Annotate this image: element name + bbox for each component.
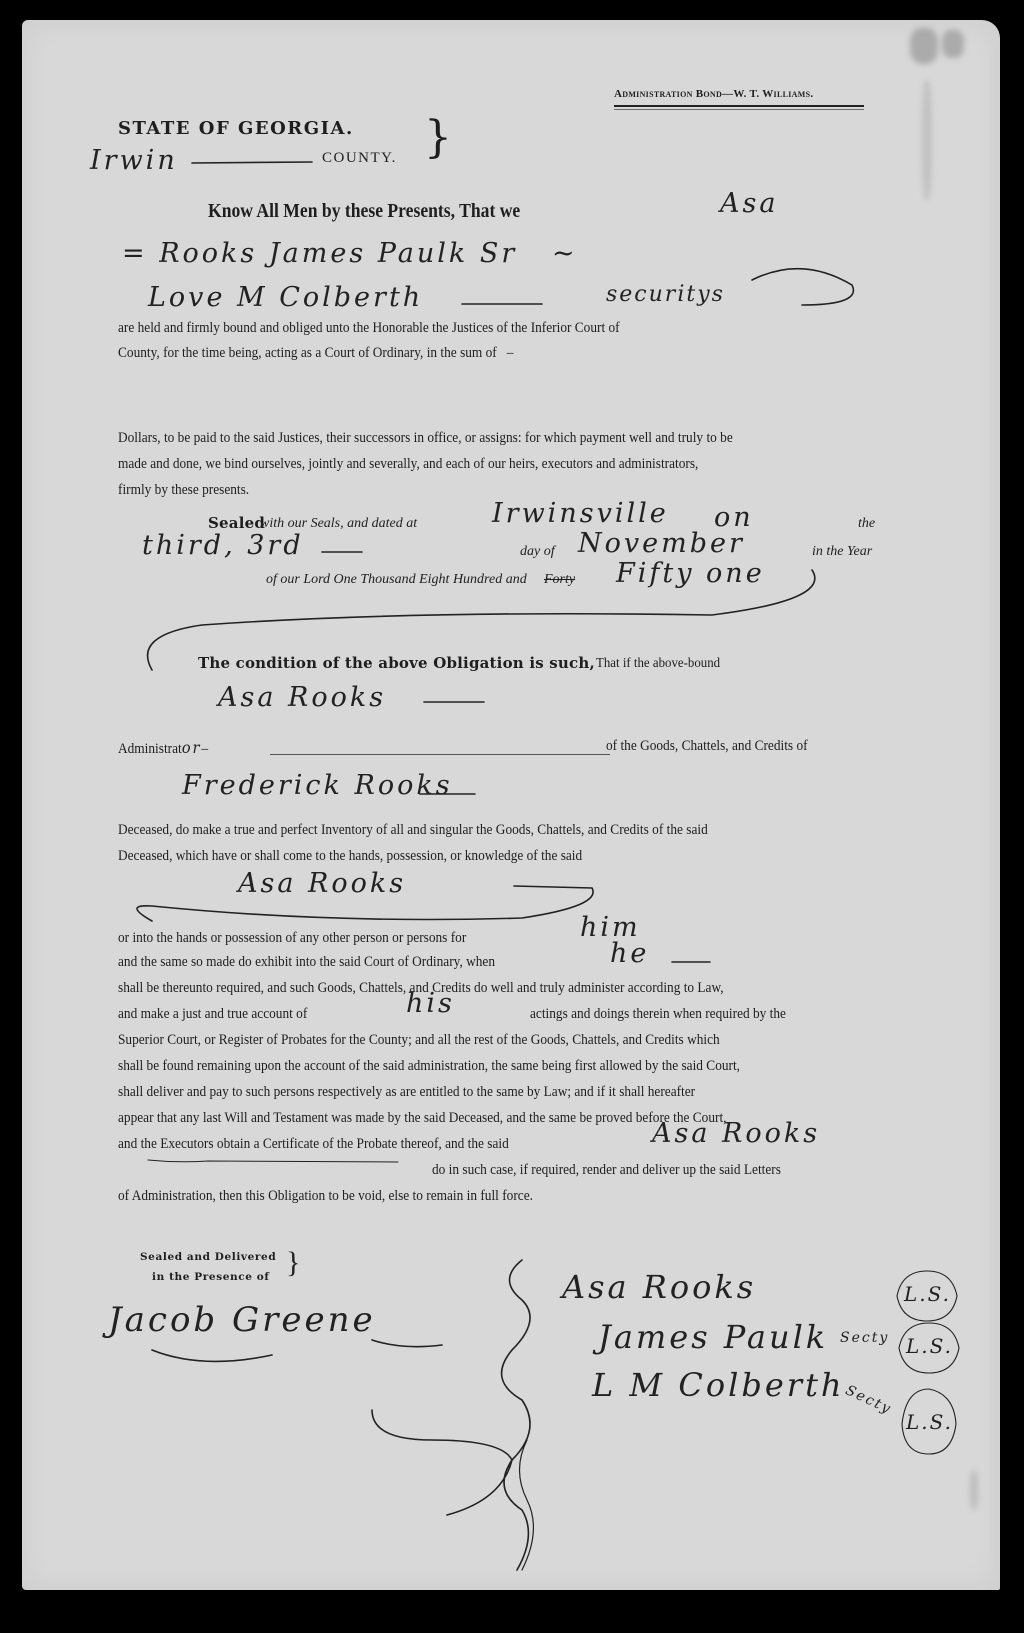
hands-line: or into the hands or possession of any o…: [118, 930, 466, 947]
executors-handwritten: Asa Rooks: [652, 1118, 820, 1149]
signer-3-role: Secty: [843, 1382, 894, 1417]
case-dash: [148, 1158, 408, 1164]
administrator-dash: [424, 700, 504, 704]
deliver-line: shall deliver and pay to such persons re…: [118, 1084, 695, 1101]
sealed-delivered-label-1: Sealed and Delivered: [140, 1251, 276, 1263]
executors-line: and the Executors obtain a Certificate o…: [118, 1136, 509, 1153]
place-handwritten: Irwinsville: [492, 498, 669, 529]
will-line: appear that any last Will and Testament …: [118, 1110, 727, 1127]
form-header-tag: Administration Bond—W. T. Williams.: [614, 88, 813, 100]
sureties-note: securitys: [606, 282, 725, 307]
paper-stain: [910, 28, 938, 64]
superior-line: Superior Court, or Register of Probates …: [118, 1032, 720, 1049]
administrator-handwritten: Asa Rooks: [218, 682, 386, 713]
held-bound-line: are held and firmly bound and obliged un…: [118, 320, 620, 337]
payment-line-3: firmly by these presents.: [118, 482, 249, 499]
county-label: COUNTY.: [322, 150, 397, 167]
principals-names: Rooks James Paulk Sr: [159, 238, 517, 269]
principals-handwritten-3: Love M Colberth: [148, 282, 423, 313]
bottom-flourish: [352, 1400, 552, 1580]
remaining-line: shall be found remaining upon the accoun…: [118, 1058, 740, 1075]
header-rule: [614, 105, 864, 107]
in-the-year-text: in the Year: [812, 544, 872, 560]
deceased-line-2: Deceased, which have or shall come to th…: [118, 848, 582, 865]
administrat-label: Administrator–: [118, 738, 208, 758]
day-handwritten: third, 3rd: [142, 530, 304, 561]
header-rule: [614, 109, 864, 110]
condition-heading-tail: That if the above-bound: [596, 656, 720, 672]
administrat-text: Administrat: [118, 741, 182, 757]
deceased-handwritten: Frederick Rooks: [182, 770, 453, 801]
county-handwritten: Irwin: [90, 145, 178, 176]
administrator-blank-line: [270, 754, 610, 755]
brace-icon: }: [424, 112, 452, 163]
when-dash: [672, 960, 722, 964]
administrat-suffix-handwritten: or: [182, 738, 202, 757]
signer-2-role: Secty: [840, 1330, 889, 1346]
signer-3-name: L M Colberth: [592, 1366, 845, 1404]
exhibit-line: and the same so made do exhibit into the…: [118, 954, 495, 971]
paper-stain: [922, 80, 932, 200]
flourish-line: [462, 300, 582, 308]
the-text: the: [858, 516, 875, 532]
know-all-men-heading: Know All Men by these Presents, That we: [208, 200, 520, 223]
deceased-dash: [420, 792, 500, 796]
sum-of-text: County, for the time being, acting as a …: [118, 345, 497, 361]
payment-line-1: Dollars, to be paid to the said Justices…: [118, 430, 733, 447]
account-handwritten: his: [406, 988, 455, 1019]
brace-icon: }: [286, 1246, 300, 1280]
knowledge-flourish: [82, 876, 602, 926]
month-handwritten: November: [578, 528, 745, 559]
payment-line-2: made and done, we bind ourselves, jointl…: [118, 456, 698, 473]
condition-heading: The condition of the above Obligation is…: [198, 654, 595, 672]
signer-1-name: Asa Rooks: [562, 1268, 756, 1306]
state-heading: STATE OF GEORGIA.: [118, 118, 354, 139]
goods-label: of the Goods, Chattels, and Credits of: [606, 738, 808, 755]
seal-label-1: L.S.: [904, 1282, 951, 1306]
witness-flourish: [142, 1330, 462, 1410]
paper-stain: [970, 1470, 978, 1510]
when-handwritten: he: [610, 938, 649, 969]
account-suffix: actings and doings therein when required…: [530, 1006, 786, 1023]
principals-handwritten-2: = Rooks James Paulk Sr ~: [122, 238, 578, 269]
document-page: Administration Bond—W. T. Williams. STAT…: [22, 20, 1000, 1590]
sealed-delivered-label-2: in the Presence of: [152, 1271, 269, 1283]
seal-label-2: L.S.: [906, 1334, 953, 1358]
case-line: do in such case, if required, render and…: [432, 1162, 781, 1179]
court-of-ordinary-line: County, for the time being, acting as a …: [118, 345, 513, 362]
deceased-line-1: Deceased, do make a true and perfect Inv…: [118, 822, 708, 839]
principals-handwritten-1: Asa: [720, 188, 778, 219]
day-dash: [322, 550, 382, 554]
void-line: of Administration, then this Obligation …: [118, 1188, 533, 1205]
seal-label-3: L.S.: [906, 1410, 953, 1434]
sureties-bracket: [742, 265, 862, 325]
county-underline: [192, 160, 342, 166]
account-prefix: and make a just and true account of: [118, 1006, 307, 1023]
signer-2-name: James Paulk: [598, 1318, 828, 1356]
paper-stain: [942, 30, 964, 58]
day-of-text: day of: [520, 544, 555, 560]
